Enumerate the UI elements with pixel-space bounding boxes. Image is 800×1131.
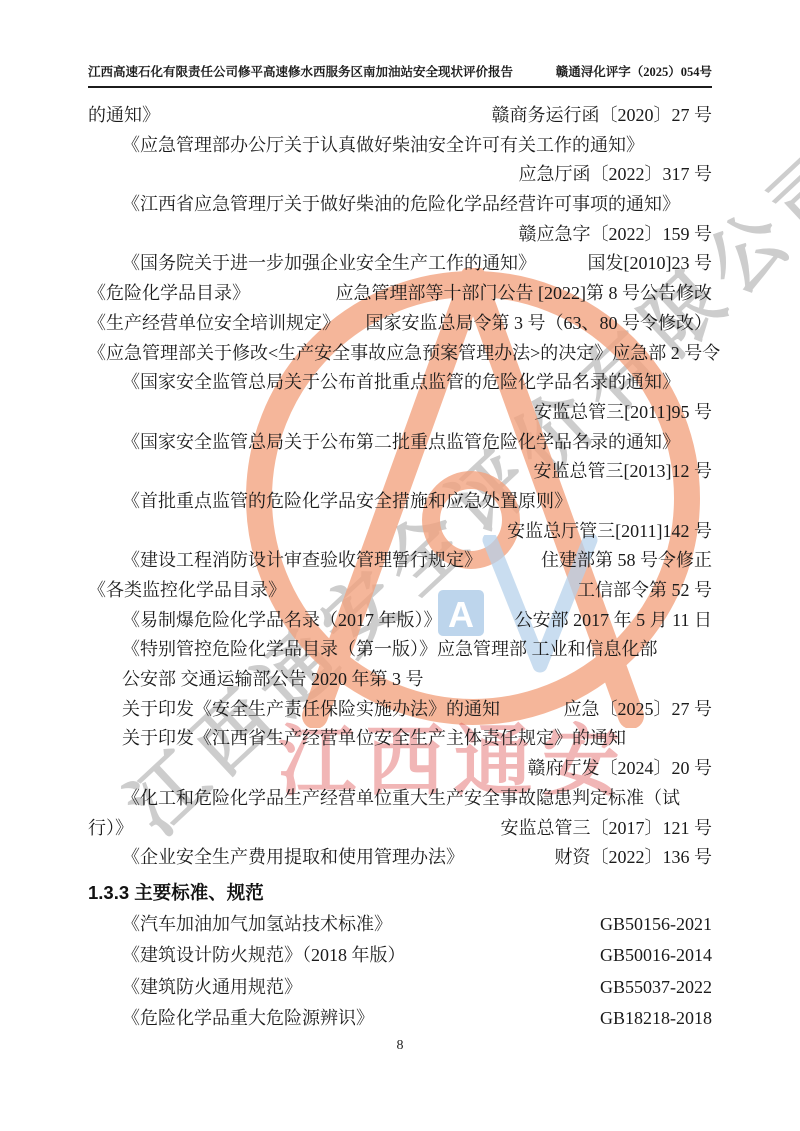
regulation-row: 《国务院关于进一步加强企业安全生产工作的通知》 国发[2010]23 号 bbox=[88, 249, 712, 279]
regulation-title: 《易制爆危险化学品名录（2017 年版）》 bbox=[122, 606, 442, 636]
regulation-doc-number: 住建部第 58 号令修正 bbox=[541, 546, 712, 576]
regulation-row: 安监总管三[2013]12 号 bbox=[88, 457, 712, 487]
regulation-row: 行）》 安监总管三〔2017〕121 号 bbox=[88, 814, 712, 844]
page-body: 的通知》 赣商务运行函〔2020〕27 号 《应急管理部办公厅关于认真做好柴油安… bbox=[88, 101, 712, 1035]
regulation-row: 关于印发《江西省生产经营单位安全生产主体责任规定》的通知 bbox=[88, 724, 712, 754]
standard-name: 《汽车加油加气加氢站技术标准》 bbox=[122, 909, 392, 941]
regulation-doc-number: 安监总厅管三[2011]142 号 bbox=[507, 517, 712, 547]
regulation-row: 安监总管三[2011]95 号 bbox=[88, 398, 712, 428]
standard-code: GB50016-2014 bbox=[600, 940, 712, 972]
regulation-title: 《建设工程消防设计审查验收管理暂行规定》 bbox=[122, 546, 482, 576]
regulation-doc-number: 应急〔2025〕27 号 bbox=[564, 695, 713, 725]
report-page: 江西通安全评价有限公司 A 江西通安 江西高速石化有限责任公司修平高速修水西服务… bbox=[0, 0, 800, 1131]
standard-name: 《建筑防火通用规范》 bbox=[122, 972, 302, 1004]
regulation-doc-number: 国发[2010]23 号 bbox=[588, 249, 713, 279]
standards-list: 《汽车加油加气加氢站技术标准》 GB50156-2021 《建筑设计防火规范》（… bbox=[88, 909, 712, 1035]
regulation-list: 的通知》 赣商务运行函〔2020〕27 号 《应急管理部办公厅关于认真做好柴油安… bbox=[88, 101, 712, 873]
regulation-row: 《生产经营单位安全培训规定》 国家安监总局令第 3 号（63、80 号令修改） bbox=[88, 309, 712, 339]
regulation-title: 《首批重点监管的危险化学品安全措施和应急处置原则》 bbox=[122, 487, 572, 517]
regulation-doc-number: 应急厅函〔2022〕317 号 bbox=[519, 160, 713, 190]
regulation-title: 关于印发《安全生产责任保险实施办法》的通知 bbox=[122, 695, 500, 725]
header-document-number: 赣通浔化评字（2025）054号 bbox=[556, 62, 712, 80]
regulation-doc-number: 公安部 2017 年 5 月 11 日 bbox=[515, 606, 712, 636]
standard-code: GB18218-2018 bbox=[600, 1003, 712, 1035]
standard-code: GB55037-2022 bbox=[600, 972, 712, 1004]
regulation-title: 公安部 交通运输部公告 2020 年第 3 号 bbox=[122, 665, 424, 695]
page-number: 8 bbox=[0, 1038, 800, 1054]
regulation-title: 《国家安全监管总局关于公布首批重点监管的危险化学品名录的通知》 bbox=[122, 368, 680, 398]
standard-row: 《危险化学品重大危险源辨识》 GB18218-2018 bbox=[88, 1003, 712, 1035]
regulation-row: 《易制爆危险化学品名录（2017 年版）》 公安部 2017 年 5 月 11 … bbox=[88, 606, 712, 636]
regulation-doc-number: 赣商务运行函〔2020〕27 号 bbox=[492, 101, 713, 131]
regulation-row: 关于印发《安全生产责任保险实施办法》的通知 应急〔2025〕27 号 bbox=[88, 695, 712, 725]
standard-row: 《汽车加油加气加氢站技术标准》 GB50156-2021 bbox=[88, 909, 712, 941]
regulation-doc-number: 赣府厅发〔2024〕20 号 bbox=[528, 754, 713, 784]
regulation-row: 《首批重点监管的危险化学品安全措施和应急处置原则》 bbox=[88, 487, 712, 517]
regulation-title: 关于印发《江西省生产经营单位安全生产主体责任规定》的通知 bbox=[122, 724, 626, 754]
regulation-row: 赣府厅发〔2024〕20 号 bbox=[88, 754, 712, 784]
content-layer: 江西高速石化有限责任公司修平高速修水西服务区南加油站安全现状评价报告 赣通浔化评… bbox=[0, 0, 800, 1131]
header-report-title: 江西高速石化有限责任公司修平高速修水西服务区南加油站安全现状评价报告 bbox=[88, 62, 513, 80]
regulation-row: 《化工和危险化学品生产经营单位重大生产安全事故隐患判定标准（试 bbox=[88, 784, 712, 814]
standard-row: 《建筑防火通用规范》 GB55037-2022 bbox=[88, 972, 712, 1004]
regulation-row: 赣应急字〔2022〕159 号 bbox=[88, 220, 712, 250]
regulation-doc-number: 工信部令第 52 号 bbox=[577, 576, 712, 606]
regulation-doc-number: 安监总管三〔2017〕121 号 bbox=[501, 814, 713, 844]
regulation-title: 《国家安全监管总局关于公布第二批重点监管危险化学品名录的通知》 bbox=[122, 428, 680, 458]
regulation-row: 《应急管理部办公厅关于认真做好柴油安全许可有关工作的通知》 bbox=[88, 131, 712, 161]
regulation-doc-number: 安监总管三[2011]95 号 bbox=[534, 398, 712, 428]
regulation-title: 《特别管控危险化学品目录（第一版）》应急管理部 工业和信息化部 bbox=[122, 635, 658, 665]
regulation-row: 《各类监控化学品目录》 工信部令第 52 号 bbox=[88, 576, 712, 606]
regulation-row: 《应急管理部关于修改<生产安全事故应急预案管理办法>的决定》应急部 2 号令 bbox=[88, 339, 712, 369]
regulation-title: 《危险化学品目录》 bbox=[88, 279, 250, 309]
regulation-doc-number: 国家安监总局令第 3 号（63、80 号令修改） bbox=[366, 309, 713, 339]
regulation-title: 《各类监控化学品目录》 bbox=[88, 576, 286, 606]
regulation-row: 《建设工程消防设计审查验收管理暂行规定》 住建部第 58 号令修正 bbox=[88, 546, 712, 576]
regulation-row: 安监总厅管三[2011]142 号 bbox=[88, 517, 712, 547]
regulation-doc-number: 安监总管三[2013]12 号 bbox=[534, 457, 713, 487]
regulation-row: 《特别管控危险化学品目录（第一版）》应急管理部 工业和信息化部 bbox=[88, 635, 712, 665]
regulation-row: 《国家安全监管总局关于公布首批重点监管的危险化学品名录的通知》 bbox=[88, 368, 712, 398]
standard-code: GB50156-2021 bbox=[600, 909, 712, 941]
regulation-title: 《应急管理部关于修改<生产安全事故应急预案管理办法>的决定》应急部 2 号令 bbox=[88, 339, 720, 369]
regulation-row: 《国家安全监管总局关于公布第二批重点监管危险化学品名录的通知》 bbox=[88, 428, 712, 458]
standard-name: 《建筑设计防火规范》（2018 年版） bbox=[122, 940, 406, 972]
section-heading: 1.3.3 主要标准、规范 bbox=[88, 875, 712, 909]
standard-row: 《建筑设计防火规范》（2018 年版） GB50016-2014 bbox=[88, 940, 712, 972]
regulation-row: 的通知》 赣商务运行函〔2020〕27 号 bbox=[88, 101, 712, 131]
page-header: 江西高速石化有限责任公司修平高速修水西服务区南加油站安全现状评价报告 赣通浔化评… bbox=[88, 62, 712, 88]
regulation-title: 的通知》 bbox=[88, 101, 160, 131]
standard-name: 《危险化学品重大危险源辨识》 bbox=[122, 1003, 374, 1035]
regulation-title: 《企业安全生产费用提取和使用管理办法》 bbox=[122, 843, 464, 873]
regulation-doc-number: 财资〔2022〕136 号 bbox=[555, 843, 713, 873]
regulation-row: 《江西省应急管理厅关于做好柴油的危险化学品经营许可事项的通知》 bbox=[88, 190, 712, 220]
regulation-title: 《化工和危险化学品生产经营单位重大生产安全事故隐患判定标准（试 bbox=[122, 784, 680, 814]
regulation-title: 《应急管理部办公厅关于认真做好柴油安全许可有关工作的通知》 bbox=[122, 131, 644, 161]
regulation-row: 《企业安全生产费用提取和使用管理办法》 财资〔2022〕136 号 bbox=[88, 843, 712, 873]
regulation-row: 公安部 交通运输部公告 2020 年第 3 号 bbox=[88, 665, 712, 695]
regulation-doc-number: 应急管理部等十部门公告 [2022]第 8 号公告修改 bbox=[336, 279, 713, 309]
regulation-title: 《国务院关于进一步加强企业安全生产工作的通知》 bbox=[122, 249, 536, 279]
regulation-row: 《危险化学品目录》 应急管理部等十部门公告 [2022]第 8 号公告修改 bbox=[88, 279, 712, 309]
regulation-title: 行）》 bbox=[88, 814, 133, 844]
regulation-row: 应急厅函〔2022〕317 号 bbox=[88, 160, 712, 190]
regulation-title: 《生产经营单位安全培训规定》 bbox=[88, 309, 340, 339]
regulation-doc-number: 赣应急字〔2022〕159 号 bbox=[519, 220, 713, 250]
regulation-title: 《江西省应急管理厅关于做好柴油的危险化学品经营许可事项的通知》 bbox=[122, 190, 680, 220]
